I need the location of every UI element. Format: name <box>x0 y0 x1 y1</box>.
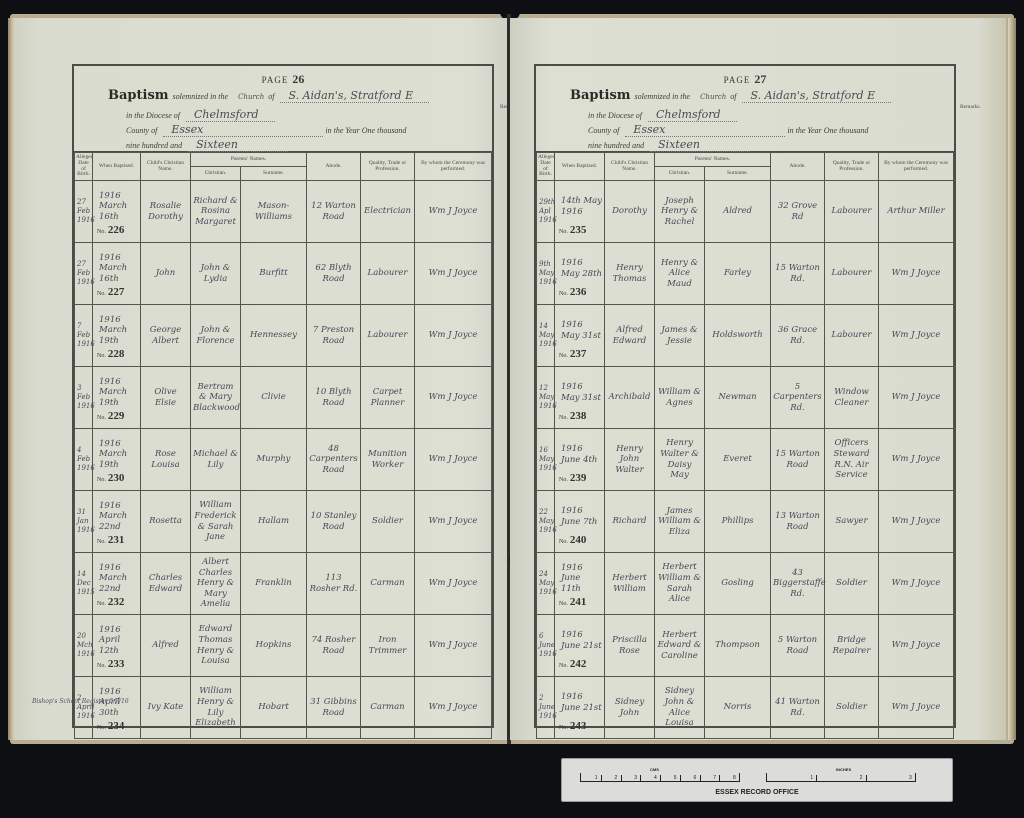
parents-christian-names: William Henry & Lily Elizabeth <box>191 677 241 739</box>
child-name: Alfred <box>141 615 191 677</box>
baptism-date: 1916 June 4thNo.239 <box>555 429 605 491</box>
header-parents-surname: Surname. <box>705 167 771 181</box>
parents-christian-names: Albert Charles Henry & Mary Amelia <box>191 553 241 615</box>
margin-note: Bishop's School Register 5/7/16 <box>32 698 129 706</box>
baptism-date: 1916 May 31stNo.237 <box>555 305 605 367</box>
officiant: Wm J Joyce <box>415 243 492 305</box>
register-entry: 3 Feb 19161916 March 19thNo.229Olive Els… <box>75 367 492 429</box>
header-abode: Abode. <box>771 153 825 181</box>
register-entry: 14 May 19161916 May 31stNo.237Alfred Edw… <box>537 305 954 367</box>
header-parents-surname: Surname. <box>241 167 307 181</box>
entries-table-right: Alleged Date of Birth. When Baptised. Ch… <box>536 152 954 739</box>
birth-date: 4 Feb 1916 <box>75 429 93 491</box>
right-page: PAGE27 Baptismsolemnized in the Church o… <box>510 18 1006 740</box>
register-entry: 27 Feb 19161916 March 16thNo.226Rosalie … <box>75 181 492 243</box>
abode: 36 Grace Rd. <box>771 305 825 367</box>
entry-number: No.234 <box>97 720 124 734</box>
register-entry: 12 May 19161916 May 31stNo.238ArchibaldW… <box>537 367 954 429</box>
birth-date: 29th Apl 1916 <box>537 181 555 243</box>
child-name: Sidney John <box>605 677 655 739</box>
child-name: Henry Thomas <box>605 243 655 305</box>
parents-christian-names: Sidney John & Alice Louisa <box>655 677 705 739</box>
entry-number: No.243 <box>559 720 586 734</box>
officiant: Wm J Joyce <box>879 305 954 367</box>
abode: 62 Blyth Road <box>307 243 361 305</box>
header-parents: Parents' Names. <box>191 153 307 167</box>
child-name: Charles Edward <box>141 553 191 615</box>
entry-number: No.236 <box>559 286 586 300</box>
baptism-date: 1916 March 22ndNo.232 <box>93 553 141 615</box>
register-entry: 29th Apl 191614th May 1916No.235DorothyJ… <box>537 181 954 243</box>
parents-christian-names: John & Lydia <box>191 243 241 305</box>
header-parents-christian: Christian. <box>655 167 705 181</box>
officiant: Wm J Joyce <box>415 181 492 243</box>
child-name: Herbert William <box>605 553 655 615</box>
officiant: Wm J Joyce <box>879 491 954 553</box>
header-by-whom: By whom the Ceremony was performed. <box>879 153 954 181</box>
officiant: Wm J Joyce <box>415 429 492 491</box>
trade: Soldier <box>825 677 879 739</box>
entry-number: No.240 <box>559 534 586 548</box>
register-left: PAGE26 Baptismsolemnized in the Church o… <box>72 64 494 728</box>
parents-christian-names: Richard & Rosina Margaret <box>191 181 241 243</box>
child-name: Rosalie Dorothy <box>141 181 191 243</box>
officiant: Wm J Joyce <box>415 677 492 739</box>
trade: Electrician <box>361 181 415 243</box>
entry-number: No.226 <box>97 224 124 238</box>
inch-scale: 123 <box>766 773 916 782</box>
child-name: George Albert <box>141 305 191 367</box>
parents-christian-names: William Frederick & Sarah Jane <box>191 491 241 553</box>
entry-number: No.230 <box>97 472 124 486</box>
parents-christian-names: James & Jessie <box>655 305 705 367</box>
parents-christian-names: Henry & Alice Maud <box>655 243 705 305</box>
abode: 15 Warton Road <box>771 429 825 491</box>
parents-surname: Gosling <box>705 553 771 615</box>
register-entry: 6 June 19161916 June 21stNo.242Priscilla… <box>537 615 954 677</box>
trade: Labourer <box>361 305 415 367</box>
abode: 48 Carpenters Road <box>307 429 361 491</box>
parents-christian-names: Henry Walter & Daisy May <box>655 429 705 491</box>
ruler-tick: 5 <box>680 775 681 781</box>
trade: Labourer <box>361 243 415 305</box>
officiant: Arthur Miller <box>879 181 954 243</box>
baptism-date: 1916 June 11thNo.241 <box>555 553 605 615</box>
officiant: Wm J Joyce <box>415 305 492 367</box>
ruler-tick: 2 <box>866 775 867 781</box>
abode: 41 Warton Rd. <box>771 677 825 739</box>
officiant: Wm J Joyce <box>415 491 492 553</box>
trade: Carman <box>361 553 415 615</box>
parents-surname: Newman <box>705 367 771 429</box>
register-entry: 16 May 19161916 June 4thNo.239Henry John… <box>537 429 954 491</box>
parents-christian-names: Herbert Edward & Caroline <box>655 615 705 677</box>
parents-surname: Everet <box>705 429 771 491</box>
abode: 13 Warton Road <box>771 491 825 553</box>
header-trade: Quality, Trade or Profession. <box>825 153 879 181</box>
entry-number: No.241 <box>559 596 586 610</box>
county-line-left: County ofEssex in the Year One thousand <box>126 123 406 136</box>
trade: Bridge Repairer <box>825 615 879 677</box>
trade: Labourer <box>825 243 879 305</box>
register-entry: 14 Dec 19151916 March 22ndNo.232Charles … <box>75 553 492 615</box>
register-heading-right: PAGE27 Baptismsolemnized in the Church o… <box>536 66 954 152</box>
register-entry: 31 Jan 19161916 March 22ndNo.231RosettaW… <box>75 491 492 553</box>
birth-date: 22 May 1916 <box>537 491 555 553</box>
header-when-baptised: When Baptised. <box>93 153 141 181</box>
parents-christian-names: Joseph Henry & Rachel <box>655 181 705 243</box>
parents-surname: Farley <box>705 243 771 305</box>
parents-surname: Hopkins <box>241 615 307 677</box>
year-line-right: nine hundred andSixteen <box>588 138 750 151</box>
register-entry: 9th May 19161916 May 28thNo.236Henry Tho… <box>537 243 954 305</box>
officiant: Wm J Joyce <box>415 615 492 677</box>
ruler-tick: 7 <box>719 775 720 781</box>
parents-surname: Franklin <box>241 553 307 615</box>
ruler-tick: 4 <box>660 775 661 781</box>
birth-date: 12 May 1916 <box>537 367 555 429</box>
register-entry: 24 May 19161916 June 11thNo.241Herbert W… <box>537 553 954 615</box>
parents-christian-names: Bertram & Mary Blackwood <box>191 367 241 429</box>
parents-surname: Hallam <box>241 491 307 553</box>
register-entry: 27 Feb 19161916 March 16thNo.227JohnJohn… <box>75 243 492 305</box>
header-child-name: Child's Christian Name. <box>141 153 191 181</box>
child-name: John <box>141 243 191 305</box>
header-child-name: Child's Christian Name. <box>605 153 655 181</box>
child-name: Priscilla Rose <box>605 615 655 677</box>
parents-surname: Burfitt <box>241 243 307 305</box>
header-abode: Abode. <box>307 153 361 181</box>
child-name: Olive Elsie <box>141 367 191 429</box>
birth-date: 2 June 1916 <box>537 677 555 739</box>
register-entry: 2 April 19161916 April 30thNo.234Ivy Kat… <box>75 677 492 739</box>
ruler-tick: 3 <box>915 775 916 781</box>
ruler-tick: 6 <box>700 775 701 781</box>
trade: Labourer <box>825 305 879 367</box>
baptism-date: 1916 March 16thNo.226 <box>93 181 141 243</box>
church-line-right: Baptismsolemnized in the Church ofS. Aid… <box>570 88 891 103</box>
entries-table-left: Alleged Date of Birth. When Baptised. Ch… <box>74 152 492 739</box>
abode: 74 Rosher Road <box>307 615 361 677</box>
entry-number: No.232 <box>97 596 124 610</box>
diocese-line-right: in the Diocese ofChelmsford <box>588 108 737 121</box>
parents-christian-names: John & Florence <box>191 305 241 367</box>
header-by-whom: By whom the Ceremony was performed. <box>415 153 492 181</box>
entry-number: No.233 <box>97 658 124 672</box>
baptism-date: 1916 March 16thNo.227 <box>93 243 141 305</box>
parents-surname: Holdsworth <box>705 305 771 367</box>
baptism-date: 1916 June 21stNo.243 <box>555 677 605 739</box>
abode: 43 Biggerstaffe Rd. <box>771 553 825 615</box>
ruler-tick: 2 <box>621 775 622 781</box>
baptism-date: 1916 June 21stNo.242 <box>555 615 605 677</box>
baptism-date: 1916 March 19thNo.228 <box>93 305 141 367</box>
parents-surname: Hobart <box>241 677 307 739</box>
cm-scale: 12345678 <box>580 773 740 782</box>
left-page: PAGE26 Baptismsolemnized in the Church o… <box>14 18 508 740</box>
birth-date: 27 Feb 1916 <box>75 181 93 243</box>
child-name: Archibald <box>605 367 655 429</box>
header-parents: Parents' Names. <box>655 153 771 167</box>
birth-date: 20 Mch 1916 <box>75 615 93 677</box>
abode: 12 Warton Road <box>307 181 361 243</box>
register-entry: 20 Mch 19161916 April 12thNo.233AlfredEd… <box>75 615 492 677</box>
abode: 5 Carpenters Rd. <box>771 367 825 429</box>
abode: 10 Blyth Road <box>307 367 361 429</box>
parents-surname: Mason-Williams <box>241 181 307 243</box>
birth-date: 27 Feb 1916 <box>75 243 93 305</box>
parents-christian-names: Michael & Lily <box>191 429 241 491</box>
baptism-date: 14th May 1916No.235 <box>555 181 605 243</box>
record-office-label: ESSEX RECORD OFFICE <box>562 789 952 796</box>
officiant: Wm J Joyce <box>879 367 954 429</box>
birth-date: 16 May 1916 <box>537 429 555 491</box>
ruler-tick: 1 <box>601 775 602 781</box>
county-line-right: County ofEssex in the Year One thousand <box>588 123 868 136</box>
header-birth: Alleged Date of Birth. <box>537 153 555 181</box>
parents-surname: Norris <box>705 677 771 739</box>
register-book: PAGE26 Baptismsolemnized in the Church o… <box>10 14 1014 744</box>
officiant: Wm J Joyce <box>415 553 492 615</box>
trade: Soldier <box>361 491 415 553</box>
register-entry: 22 May 19161916 June 7thNo.240RichardJam… <box>537 491 954 553</box>
trade: Munition Worker <box>361 429 415 491</box>
parents-surname: Phillips <box>705 491 771 553</box>
baptism-date: 1916 May 28thNo.236 <box>555 243 605 305</box>
header-trade: Quality, Trade or Profession. <box>361 153 415 181</box>
baptism-date: 1916 April 30thNo.234 <box>93 677 141 739</box>
parents-surname: Aldred <box>705 181 771 243</box>
trade: Soldier <box>825 553 879 615</box>
parents-christian-names: James William & Eliza <box>655 491 705 553</box>
year-line-left: nine hundred andSixteen <box>126 138 288 151</box>
officiant: Wm J Joyce <box>879 429 954 491</box>
child-name: Ivy Kate <box>141 677 191 739</box>
birth-date: 7 Feb 1916 <box>75 305 93 367</box>
child-name: Richard <box>605 491 655 553</box>
abode: 113 Rosher Rd. <box>307 553 361 615</box>
register-right: PAGE27 Baptismsolemnized in the Church o… <box>534 64 956 728</box>
child-name: Rosetta <box>141 491 191 553</box>
baptism-date: 1916 May 31stNo.238 <box>555 367 605 429</box>
officiant: Wm J Joyce <box>415 367 492 429</box>
scale-ruler: CMS INCHES 12345678 123 ESSEX RECORD OFF… <box>561 758 953 802</box>
baptism-date: 1916 March 19thNo.230 <box>93 429 141 491</box>
baptism-date: 1916 March 22ndNo.231 <box>93 491 141 553</box>
inches-label: INCHES <box>836 767 851 772</box>
abode: 7 Preston Road <box>307 305 361 367</box>
parents-christian-names: Edward Thomas Henry & Louisa <box>191 615 241 677</box>
birth-date: 3 Feb 1916 <box>75 367 93 429</box>
entry-number: No.228 <box>97 348 124 362</box>
ruler-tick: 8 <box>739 775 740 781</box>
header-birth: Alleged Date of Birth. <box>75 153 93 181</box>
abode: 15 Warton Rd. <box>771 243 825 305</box>
entry-number: No.242 <box>559 658 586 672</box>
trade: Carpet Planner <box>361 367 415 429</box>
trade: Officers Steward R.N. Air Service <box>825 429 879 491</box>
trade: Carman <box>361 677 415 739</box>
parents-surname: Clivie <box>241 367 307 429</box>
trade: Window Cleaner <box>825 367 879 429</box>
trade: Labourer <box>825 181 879 243</box>
parents-surname: Hennessey <box>241 305 307 367</box>
officiant: Wm J Joyce <box>879 677 954 739</box>
abode: 10 Stanley Road <box>307 491 361 553</box>
entry-number: No.235 <box>559 224 586 238</box>
register-entry: 4 Feb 19161916 March 19thNo.230Rose Loui… <box>75 429 492 491</box>
birth-date: 14 Dec 1915 <box>75 553 93 615</box>
parents-surname: Thompson <box>705 615 771 677</box>
entry-number: No.231 <box>97 534 124 548</box>
header-parents-christian: Christian. <box>191 167 241 181</box>
entry-number: No.227 <box>97 286 124 300</box>
page-number-left: PAGE26 <box>74 72 492 87</box>
register-entry: 2 June 19161916 June 21stNo.243Sidney Jo… <box>537 677 954 739</box>
abode: 31 Gibbins Road <box>307 677 361 739</box>
book-edge-right <box>1008 18 1016 740</box>
trade: Iron Trimmer <box>361 615 415 677</box>
child-name: Alfred Edward <box>605 305 655 367</box>
entry-number: No.237 <box>559 348 586 362</box>
child-name: Dorothy <box>605 181 655 243</box>
header-when-baptised: When Baptised. <box>555 153 605 181</box>
officiant: Wm J Joyce <box>879 243 954 305</box>
birth-date: 31 Jan 1916 <box>75 491 93 553</box>
entry-number: No.239 <box>559 472 586 486</box>
trade: Sawyer <box>825 491 879 553</box>
officiant: Wm J Joyce <box>879 615 954 677</box>
header-remarks-right: Remarks. <box>960 104 981 110</box>
register-entry: 7 Feb 19161916 March 19thNo.228George Al… <box>75 305 492 367</box>
ruler-tick: 3 <box>640 775 641 781</box>
baptism-date: 1916 March 19thNo.229 <box>93 367 141 429</box>
birth-date: 9th May 1916 <box>537 243 555 305</box>
parents-christian-names: Herbert William & Sarah Alice <box>655 553 705 615</box>
baptism-date: 1916 April 12thNo.233 <box>93 615 141 677</box>
cms-label: CMS <box>650 767 659 772</box>
register-heading-left: PAGE26 Baptismsolemnized in the Church o… <box>74 66 492 152</box>
entry-number: No.238 <box>559 410 586 424</box>
page-number-right: PAGE27 <box>536 72 954 87</box>
ruler-tick: 1 <box>816 775 817 781</box>
birth-date: 14 May 1916 <box>537 305 555 367</box>
birth-date: 24 May 1916 <box>537 553 555 615</box>
parents-surname: Murphy <box>241 429 307 491</box>
diocese-line-left: in the Diocese ofChelmsford <box>126 108 275 121</box>
abode: 32 Grove Rd <box>771 181 825 243</box>
officiant: Wm J Joyce <box>879 553 954 615</box>
birth-date: 2 April 1916 <box>75 677 93 739</box>
abode: 5 Warton Road <box>771 615 825 677</box>
birth-date: 6 June 1916 <box>537 615 555 677</box>
parents-christian-names: William & Agnes <box>655 367 705 429</box>
child-name: Henry John Walter <box>605 429 655 491</box>
church-line-left: Baptismsolemnized in the Church ofS. Aid… <box>108 88 429 103</box>
child-name: Rose Louisa <box>141 429 191 491</box>
baptism-date: 1916 June 7thNo.240 <box>555 491 605 553</box>
entry-number: No.229 <box>97 410 124 424</box>
